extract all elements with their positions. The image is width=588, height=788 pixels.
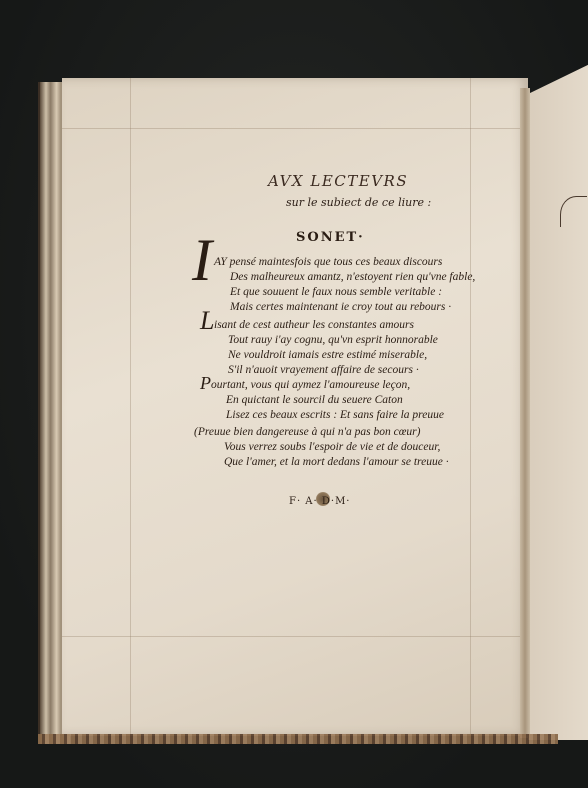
poem-line: Des malheureux amantz, n'estoyent rien q… <box>230 271 475 283</box>
poem-line: Que l'amer, et la mort dedans l'amour se… <box>224 456 449 468</box>
dropcap-letter: L <box>200 308 214 334</box>
poem-line: (Preuue bien dangereuse à qui n'a pas bo… <box>194 426 420 438</box>
dropcap-letter: P <box>200 374 211 392</box>
author-signature: F· A· D·M· <box>289 496 351 507</box>
sonnet-heading: SONET· <box>296 230 365 245</box>
manuscript-subtitle: sur le subiect de ce liure : <box>286 196 431 209</box>
poem-line: AY pensé maintesfois que tous ces beaux … <box>214 256 442 268</box>
ruled-margin-line <box>62 636 528 637</box>
book-bottom-edge <box>38 734 558 744</box>
poem-line: Mais certes maintenant ie croy tout au r… <box>230 301 451 313</box>
poem-line: En quictant le sourcil du seuere Caton <box>226 394 403 406</box>
poem-line: isant de cest autheur les constantes amo… <box>214 319 414 331</box>
poem-line: Vous verrez soubs l'espoir de vie et de … <box>224 441 440 453</box>
ruled-margin-line <box>130 78 131 736</box>
poem-line: Et que souuent le faux nous semble verit… <box>230 286 442 298</box>
facing-page-flourish <box>560 196 587 227</box>
book-gutter <box>520 88 530 738</box>
poem-line: ourtant, vous qui aymez l'amoureuse leço… <box>211 379 410 391</box>
poem-line: Ne vouldroit iamais estre estimé miserab… <box>228 349 427 361</box>
poem-line: Tout rauy i'ay cognu, qu'vn esprit honno… <box>228 334 438 346</box>
ruled-margin-line <box>470 78 471 736</box>
facing-page-right <box>528 60 588 740</box>
dropcap-letter: I <box>192 230 212 290</box>
poem-line: Lisez ces beaux escrits : Et sans faire … <box>226 409 444 421</box>
ruled-margin-line <box>62 128 528 129</box>
poem-line: S'il n'auoit vrayement affaire de secour… <box>228 364 419 376</box>
manuscript-title: AVX LECTEVRS <box>268 172 408 190</box>
